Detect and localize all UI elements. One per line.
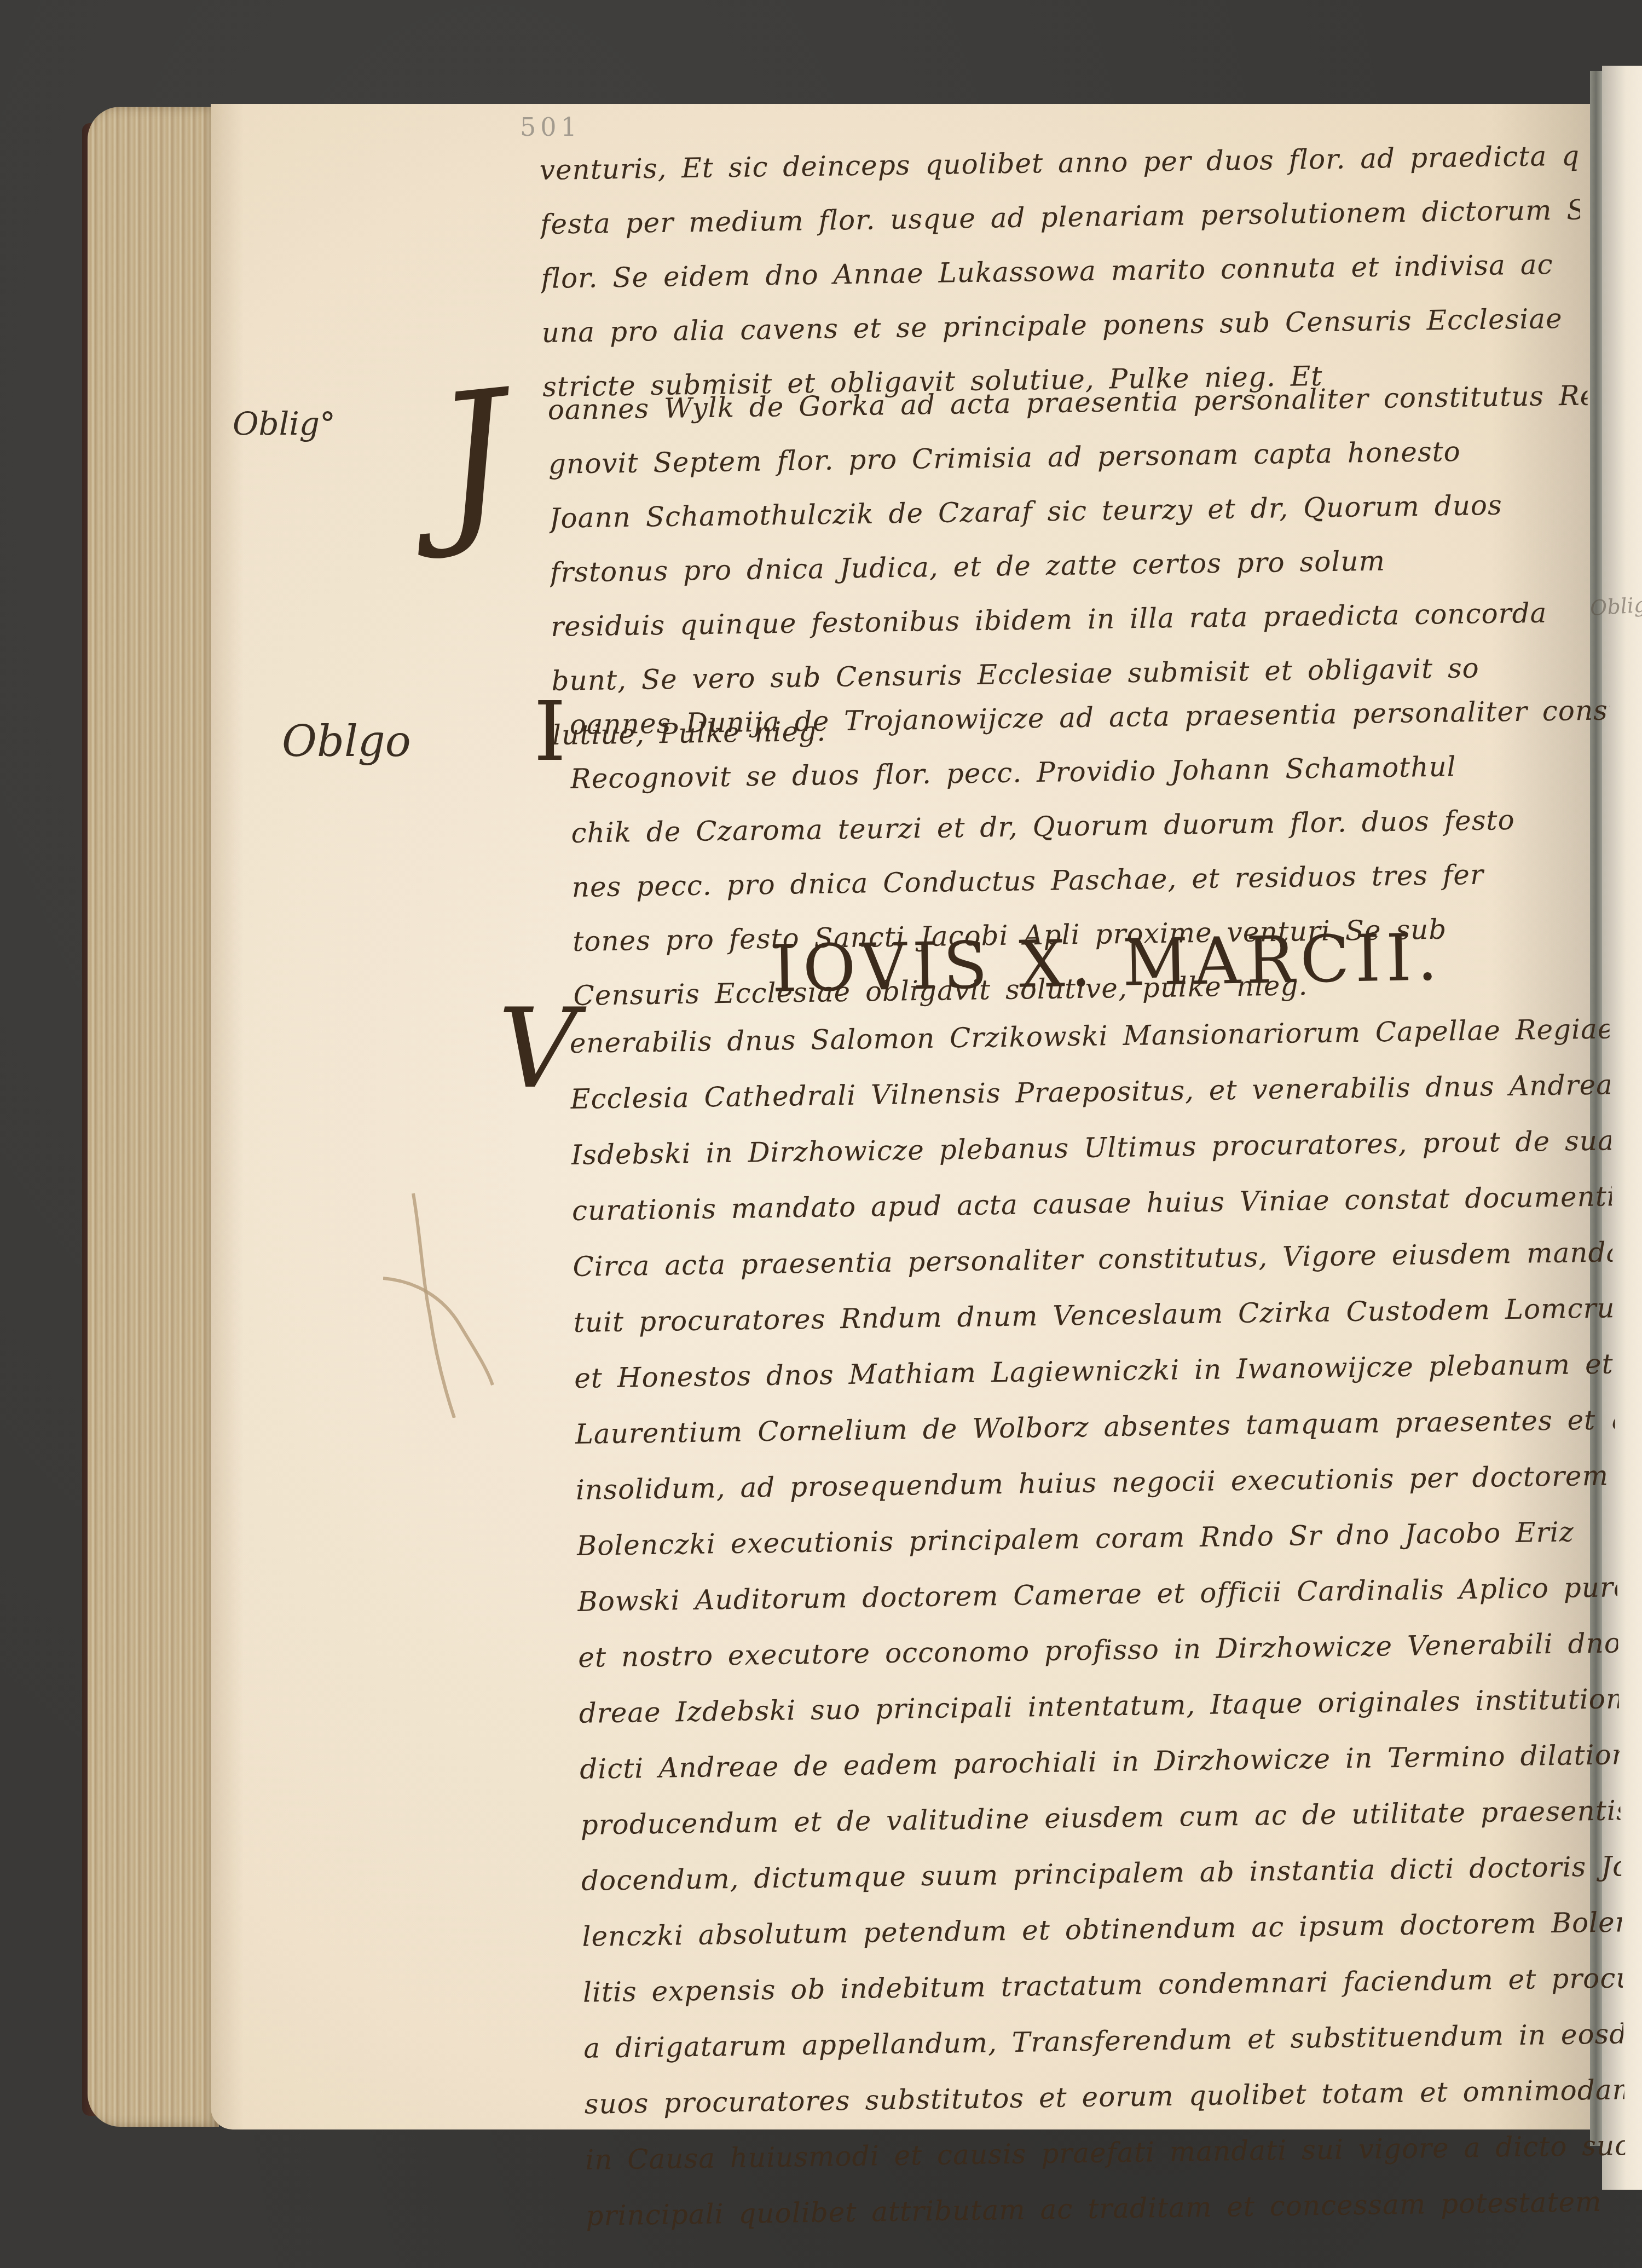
margin-note-obligatio-2: Oblgo <box>282 717 411 766</box>
paragraph-salomon-crzikowski: enerabilis dnus Salomon Crzikowski Mansi… <box>569 1001 1626 2243</box>
recto-margin-note: Oblig° <box>1589 592 1642 620</box>
folio-number: 501 <box>520 112 581 142</box>
decorated-initial-v: V <box>498 985 577 1113</box>
margin-note-obligatio-1: Oblig° <box>233 405 336 442</box>
date-heading: IOVIS X. MARCII. <box>771 919 1444 1006</box>
pencil-cross-mark <box>383 1188 525 1418</box>
page-stack-fore-edge <box>88 107 219 2127</box>
decorated-initial-i: I <box>534 684 566 780</box>
